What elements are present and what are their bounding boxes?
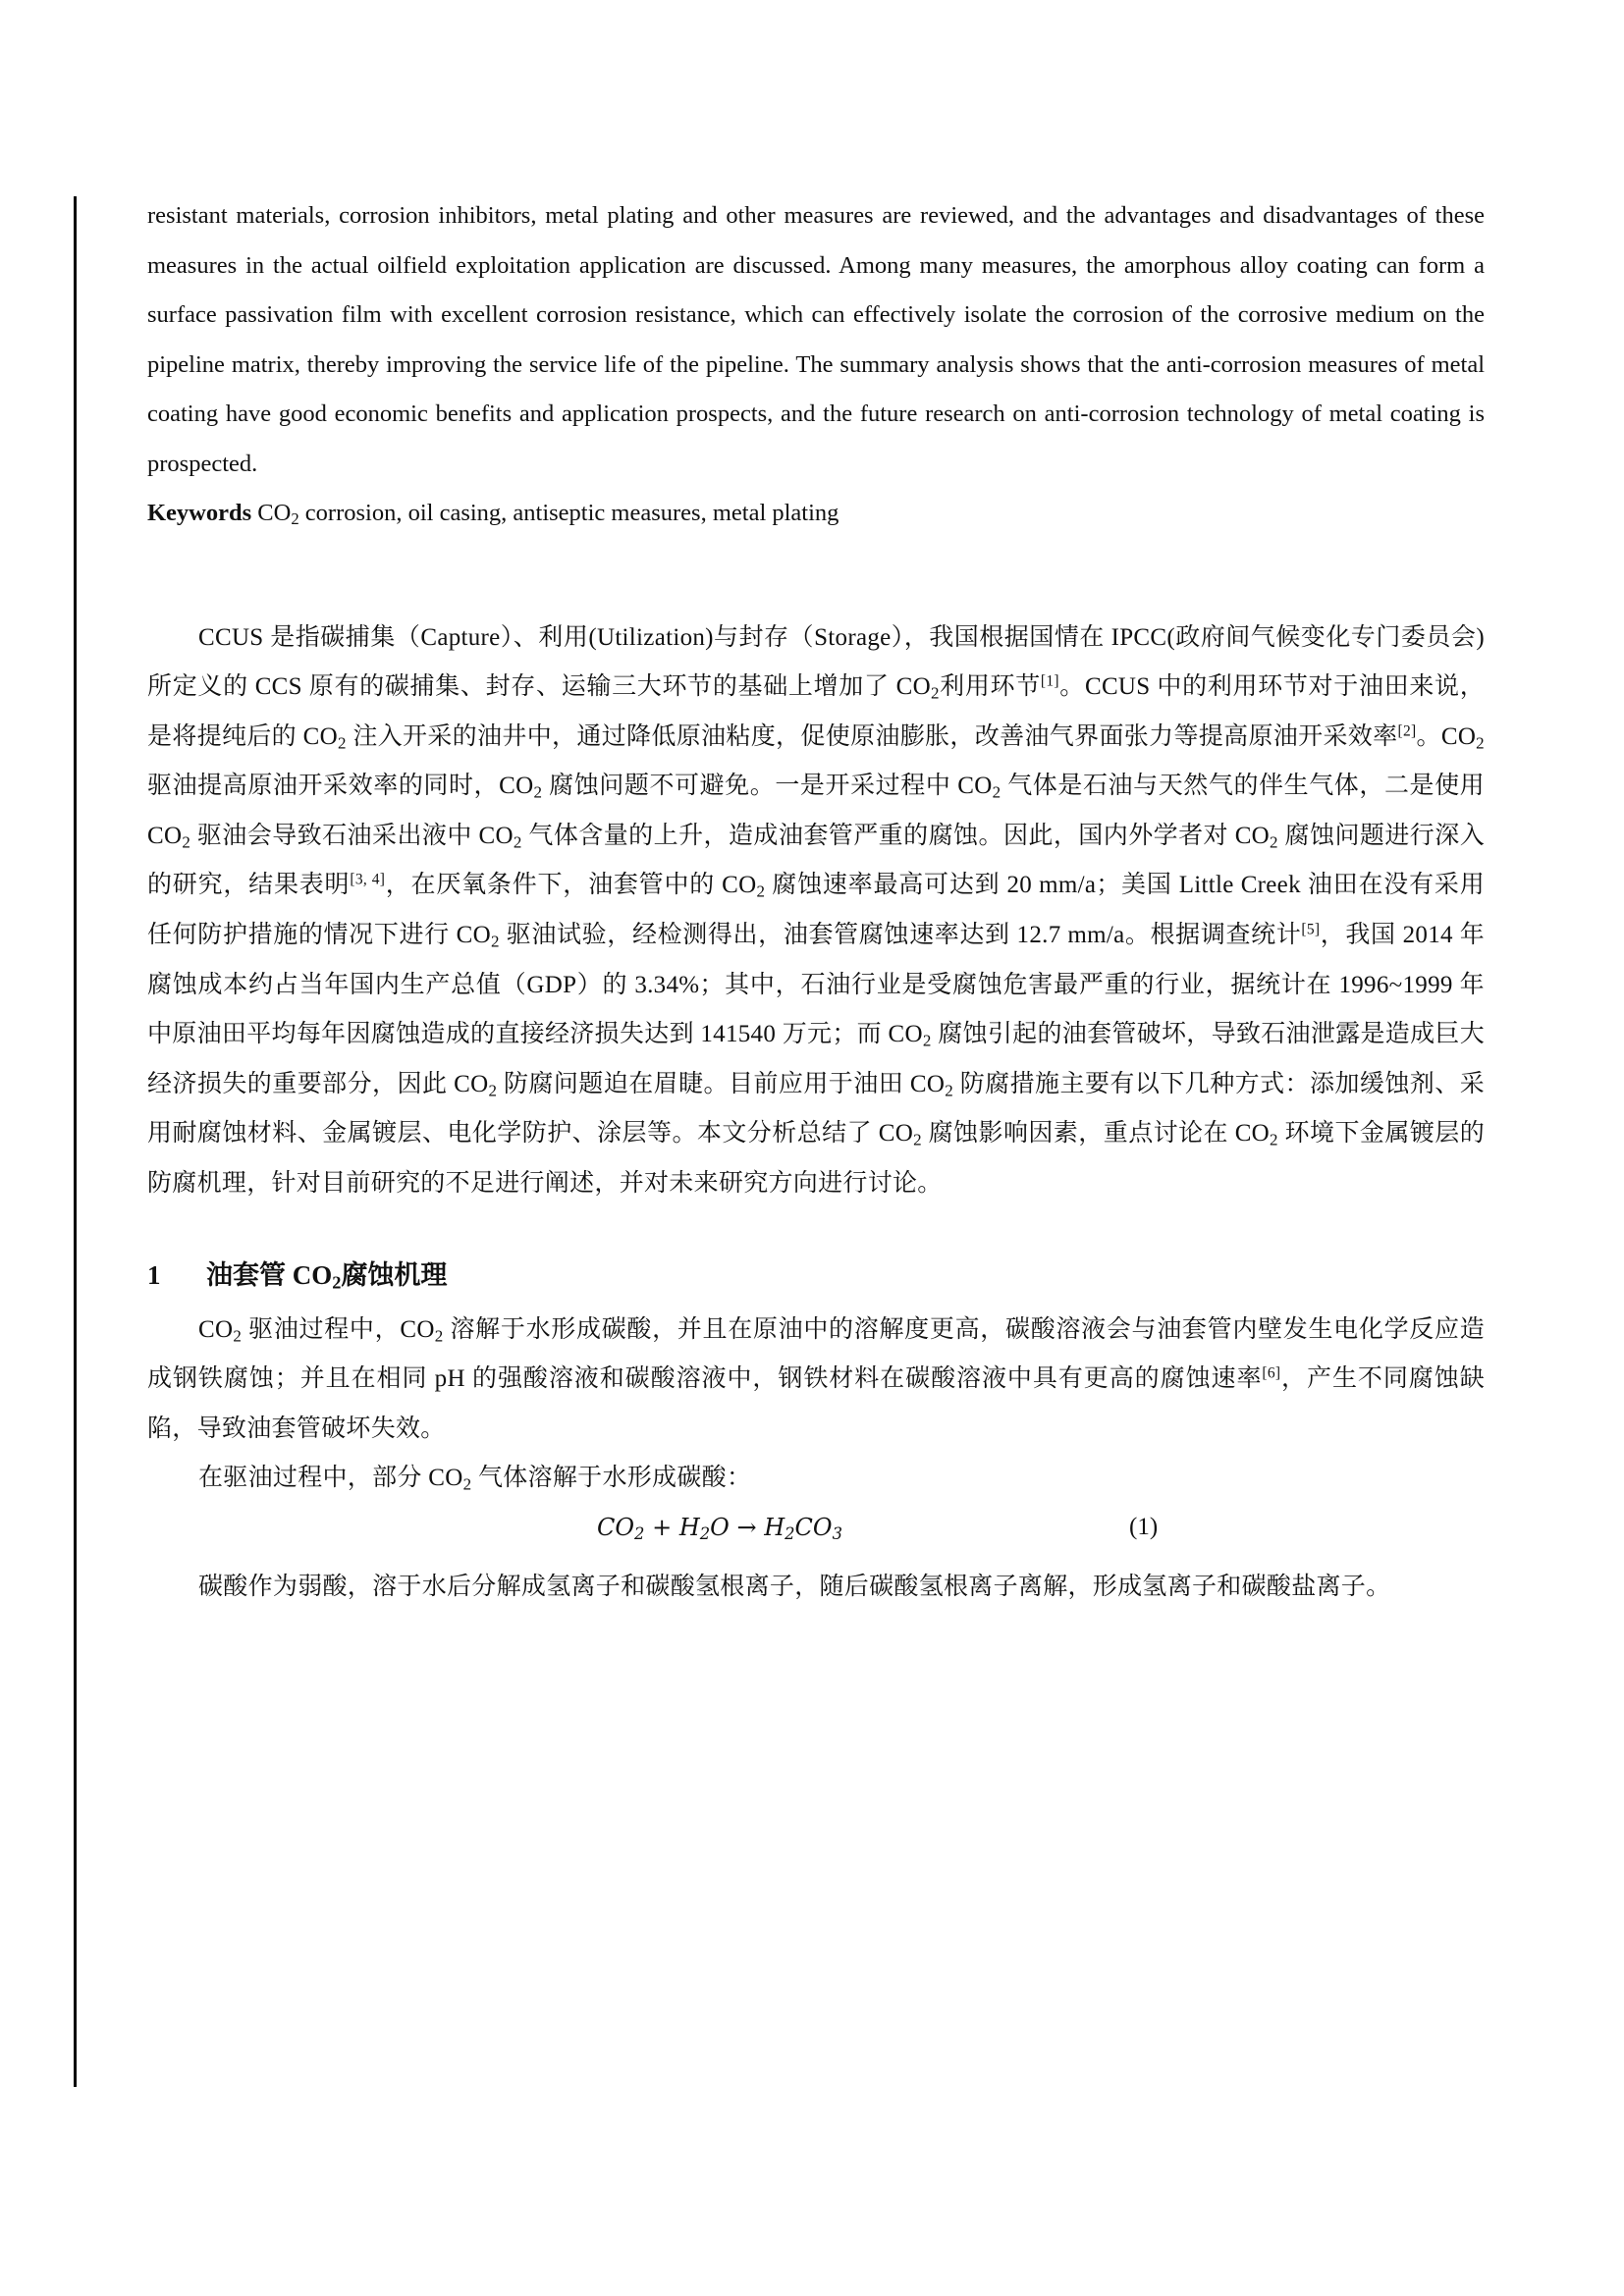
section-title: 油套管 CO — [206, 1260, 332, 1290]
citation-ref[interactable]: [6] — [1262, 1365, 1280, 1382]
text: 腐蚀影响因素，重点讨论在 CO — [922, 1120, 1270, 1147]
subscript: 2 — [785, 1524, 794, 1543]
text: 驱油试验，经检测得出，油套管腐蚀速率达到 12.7 mm/a。根据调查统计 — [500, 922, 1302, 948]
text: 气体溶解于水形成碳酸： — [471, 1465, 751, 1491]
text: 驱油提高原油开采效率的同时，CO — [147, 773, 533, 799]
keywords-list: corrosion, oil casing, antiseptic measur… — [299, 500, 839, 526]
text: 在驱油过程中，部分 CO — [198, 1465, 463, 1491]
section-heading: 1油套管 CO2腐蚀机理 — [147, 1251, 1485, 1300]
section-paragraph: CO2 驱油过程中，CO2 溶解于水形成碳酸，并且在原油中的溶解度更高，碳酸溶液… — [147, 1306, 1485, 1455]
eq-operator: + — [644, 1514, 678, 1541]
abstract-text: resistant materials, corrosion inhibitor… — [147, 202, 1485, 477]
text: 驱油会导致石油采出液中 CO — [190, 823, 514, 849]
text: 碳酸作为弱酸，溶于水后分解成氢离子和碳酸氢根离子，随后碳酸氢根离子离解，形成氢离… — [198, 1574, 1390, 1600]
eq-term: H — [679, 1514, 700, 1541]
equation-1: CO2 + H2O → H2CO3 (1) — [147, 1504, 1485, 1563]
section-number: 1 — [147, 1251, 206, 1300]
section-paragraph: 在驱油过程中，部分 CO2 气体溶解于水形成碳酸： — [147, 1454, 1485, 1504]
eq-arrow: → — [730, 1514, 764, 1541]
subscript: 2 — [488, 1081, 497, 1099]
text: 利用环节 — [940, 673, 1041, 700]
subscript: 2 — [923, 1032, 932, 1050]
eq-term: CO — [597, 1514, 634, 1541]
subscript: 2 — [338, 733, 347, 752]
subscript: 2 — [945, 1081, 953, 1099]
subscript: 2 — [182, 832, 190, 851]
margin-change-bar — [74, 196, 77, 2087]
subscript: 2 — [233, 1326, 242, 1345]
equation-number: (1) — [1129, 1514, 1158, 1541]
citation-ref[interactable]: [1] — [1041, 673, 1059, 690]
eq-term: O — [710, 1514, 730, 1541]
subscript: 2 — [1270, 1131, 1278, 1149]
subscript: 2 — [1270, 832, 1278, 851]
section-paragraph: 碳酸作为弱酸，溶于水后分解成氢离子和碳酸氢根离子，随后碳酸氢根离子离解，形成氢离… — [147, 1563, 1485, 1613]
eq-term: H — [764, 1514, 785, 1541]
citation-ref[interactable]: [2] — [1397, 722, 1416, 739]
keywords-co: CO — [257, 500, 291, 526]
section-title: 腐蚀机理 — [341, 1260, 447, 1290]
subscript: 2 — [1476, 733, 1485, 752]
text: 防腐问题迫在眉睫。目前应用于油田 CO — [497, 1071, 945, 1097]
subscript: 2 — [634, 1524, 644, 1543]
text: 。CO — [1416, 723, 1476, 750]
citation-ref[interactable]: [5] — [1301, 922, 1320, 938]
text: 注入开采的油井中，通过降低原油粘度，促使原油膨胀，改善油气界面张力等提高原油开采… — [347, 723, 1398, 750]
keywords-label: Keywords — [147, 500, 251, 526]
text: ，在厌氧条件下，油套管中的 CO — [385, 872, 756, 898]
subscript: 2 — [533, 783, 542, 802]
subscript: 2 — [491, 932, 500, 950]
abstract-english: resistant materials, corrosion inhibitor… — [147, 191, 1485, 539]
subscript: 2 — [514, 832, 522, 851]
text: 驱油过程中，CO — [242, 1316, 435, 1343]
subscript: 3 — [833, 1524, 842, 1543]
subscript: 2 — [700, 1524, 710, 1543]
citation-ref[interactable]: [3, 4] — [350, 872, 385, 888]
subscript: 2 — [931, 683, 940, 702]
intro-paragraph: CCUS 是指碳捕集（Capture）、利用(Utilization)与封存（S… — [147, 614, 1485, 1209]
subscript: 2 — [756, 882, 765, 901]
equation-body: CO2 + H2O → H2CO3 — [597, 1514, 842, 1541]
eq-term: CO — [795, 1514, 833, 1541]
subscript: 2 — [291, 509, 298, 528]
subscript: 2 — [435, 1326, 444, 1345]
text: CO — [198, 1316, 233, 1343]
subscript: 2 — [913, 1131, 922, 1149]
page-content: resistant materials, corrosion inhibitor… — [147, 191, 1485, 1613]
text: 腐蚀问题不可避免。一是开采过程中 CO — [542, 773, 992, 799]
text: 气体含量的上升，造成油套管严重的腐蚀。因此，国内外学者对 CO — [522, 823, 1270, 849]
